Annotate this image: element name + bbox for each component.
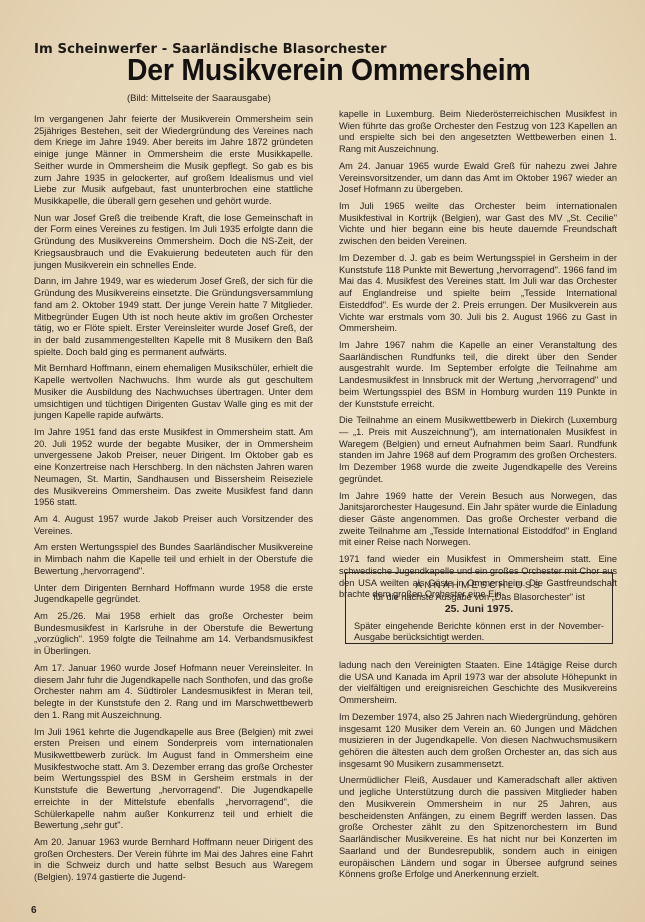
article-title: Der Musikverein Ommersheim <box>127 53 530 88</box>
paragraph: Im Dezember d. J. gab es beim Wertungssp… <box>339 253 617 335</box>
paragraph: Dann, im Jahre 1949, war es wiederum Jos… <box>34 276 313 358</box>
paragraph: Im Jahre 1951 fand das erste Musikfest i… <box>34 427 313 509</box>
paragraph: Am ersten Wertungsspiel des Bundes Saarl… <box>34 542 313 577</box>
paragraph: Am 20. Januar 1963 wurde Bernhard Hoffma… <box>34 837 313 884</box>
paragraph: Im Juli 1965 weilte das Orchester beim i… <box>339 201 617 248</box>
notice-line: für die nächste Ausgabe von „Das Blasorc… <box>346 592 612 604</box>
notice-date: 25. Juni 1975. <box>346 604 612 616</box>
article-column-right-top: kapelle in Luxemburg. Beim Niederösterre… <box>339 109 617 606</box>
paragraph: Im vergangenen Jahr feierte der Musikver… <box>34 114 313 208</box>
notice-body: Später eingehende Berichte können erst i… <box>346 621 612 644</box>
paragraph: Im Dezember 1974, also 25 Jahren nach Wi… <box>339 712 617 771</box>
paragraph: Am 25./26. Mai 1958 erhielt das große Or… <box>34 611 313 658</box>
notice-heading: ANNAHMESCHLUSS <box>346 580 612 592</box>
paragraph: Mit Bernhard Hoffmann, einem ehemaligen … <box>34 363 313 422</box>
paragraph: Im Juli 1961 kehrte die Jugendkapelle au… <box>34 727 313 832</box>
paragraph: Nun war Josef Greß die treibende Kraft, … <box>34 213 313 272</box>
deadline-notice-box: ANNAHMESCHLUSS für die nächste Ausgabe v… <box>345 572 613 644</box>
paragraph: kapelle in Luxemburg. Beim Niederösterre… <box>339 109 617 156</box>
paragraph: Am 4. August 1957 wurde Jakob Preiser au… <box>34 514 313 537</box>
paragraph: ladung nach den Vereinigten Staaten. Ein… <box>339 660 617 707</box>
paragraph: Am 17. Januar 1960 wurde Josef Hofmann n… <box>34 663 313 722</box>
paragraph: Im Jahre 1967 nahm die Kapelle an einer … <box>339 340 617 410</box>
page-number: 6 <box>31 905 37 916</box>
paragraph: Im Jahre 1969 hatte der Verein Besuch au… <box>339 491 617 550</box>
paragraph: Unermüdlicher Fleiß, Ausdauer und Kamera… <box>339 775 617 880</box>
image-caption: (Bild: Mittelseite der Saarausgabe) <box>127 92 271 103</box>
article-column-right-bottom: ladung nach den Vereinigten Staaten. Ein… <box>339 660 617 886</box>
paragraph: Unter dem Dirigenten Bernhard Hoffmann w… <box>34 583 313 606</box>
paragraph: Am 24. Januar 1965 wurde Ewald Greß für … <box>339 161 617 196</box>
paragraph: Die Teilnahme an einem Musikwettbewerb i… <box>339 415 617 485</box>
article-column-left: Im vergangenen Jahr feierte der Musikver… <box>34 114 313 889</box>
